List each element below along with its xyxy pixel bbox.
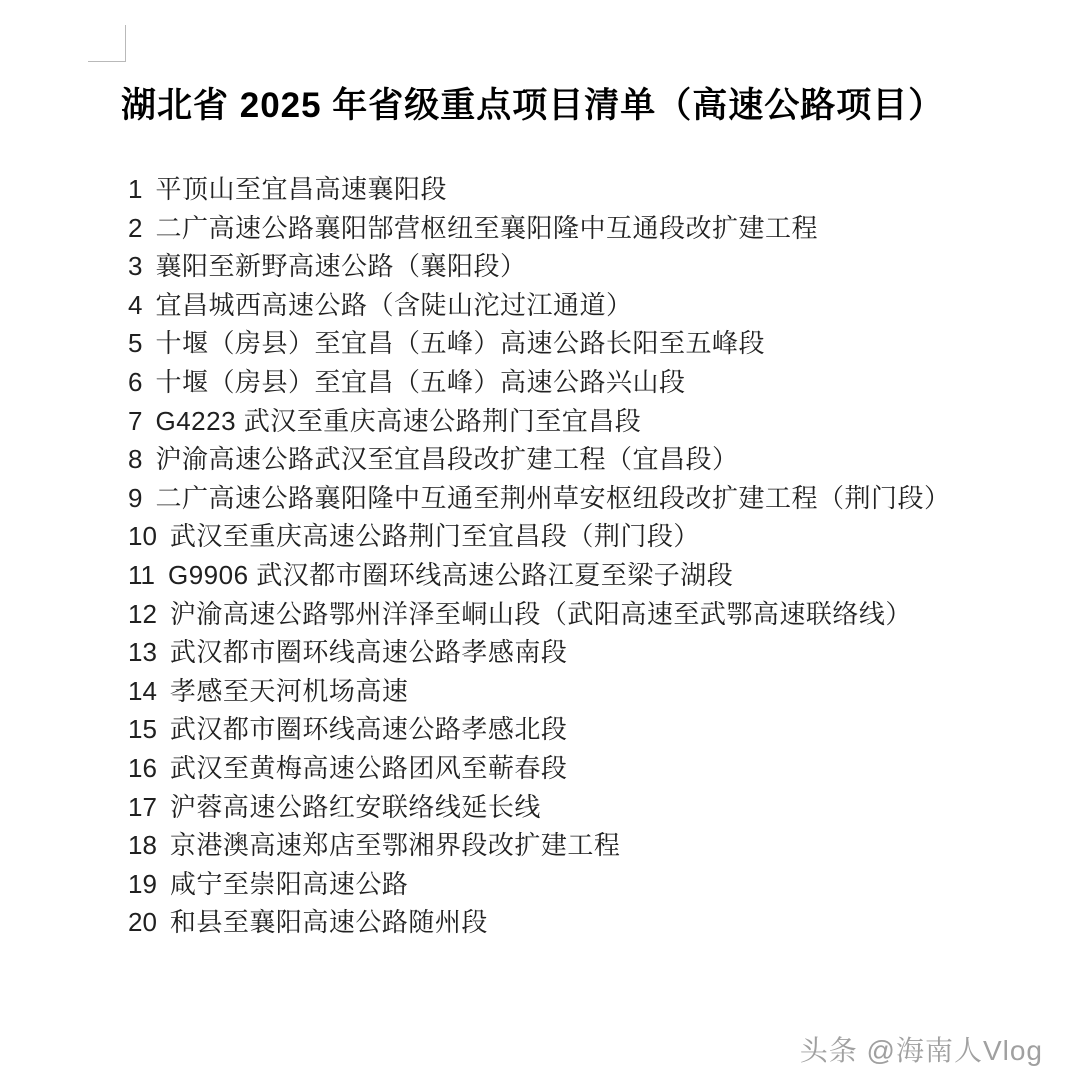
- list-item: 18京港澳高速郑店至鄂湘界段改扩建工程: [128, 826, 1008, 865]
- list-item: 17沪蓉高速公路红安联络线延长线: [128, 788, 1008, 827]
- page-title: 湖北省 2025 年省级重点项目清单（高速公路项目）: [121, 78, 981, 128]
- item-text: 十堰（房县）至宜昌（五峰）高速公路兴山段: [155, 367, 685, 397]
- item-text: 孝感至天河机场高速: [170, 676, 409, 706]
- item-text: 平顶山至宜昌高速襄阳段: [155, 174, 447, 204]
- item-text: G9906 武汉都市圈环线高速公路江夏至梁子湖段: [168, 560, 733, 590]
- watermark: 头条 @海南人Vlog: [800, 1029, 1043, 1069]
- item-text: 武汉都市圈环线高速公路孝感北段: [170, 714, 568, 744]
- document-page: 湖北省 2025 年省级重点项目清单（高速公路项目） 1平顶山至宜昌高速襄阳段2…: [0, 0, 1067, 1085]
- item-number: 10: [128, 517, 157, 556]
- item-text: 宜昌城西高速公路（含陡山沱过江通道）: [155, 290, 632, 320]
- item-text: 二广高速公路襄阳隆中互通至荆州草安枢纽段改扩建工程（荆门段）: [155, 483, 950, 513]
- page-margin-corner-mark: [88, 25, 126, 62]
- list-item: 20和县至襄阳高速公路随州段: [128, 903, 1008, 942]
- item-number: 20: [128, 903, 157, 942]
- list-item: 12沪渝高速公路鄂州洋泽至峒山段（武阳高速至武鄂高速联络线）: [128, 595, 1008, 634]
- list-item: 14孝感至天河机场高速: [128, 672, 1008, 711]
- item-number: 6: [128, 363, 142, 402]
- item-text: G4223 武汉至重庆高速公路荆门至宜昌段: [155, 406, 641, 436]
- list-item: 1平顶山至宜昌高速襄阳段: [128, 170, 1008, 209]
- item-number: 19: [128, 865, 157, 904]
- item-number: 3: [128, 247, 142, 286]
- item-text: 沪渝高速公路鄂州洋泽至峒山段（武阳高速至武鄂高速联络线）: [170, 599, 912, 629]
- list-item: 6十堰（房县）至宜昌（五峰）高速公路兴山段: [128, 363, 1008, 402]
- item-number: 7: [128, 402, 142, 441]
- list-item: 3襄阳至新野高速公路（襄阳段）: [128, 247, 1008, 286]
- item-number: 8: [128, 440, 142, 479]
- item-text: 武汉至重庆高速公路荆门至宜昌段（荆门段）: [170, 521, 700, 551]
- list-item: 5十堰（房县）至宜昌（五峰）高速公路长阳至五峰段: [128, 324, 1008, 363]
- list-item: 19咸宁至崇阳高速公路: [128, 865, 1008, 904]
- item-number: 9: [128, 479, 142, 518]
- list-item: 10武汉至重庆高速公路荆门至宜昌段（荆门段）: [128, 517, 1008, 556]
- item-number: 16: [128, 749, 157, 788]
- item-number: 12: [128, 595, 157, 634]
- project-list: 1平顶山至宜昌高速襄阳段2二广高速公路襄阳郜营枢纽至襄阳隆中互通段改扩建工程3襄…: [128, 170, 1008, 942]
- item-text: 二广高速公路襄阳郜营枢纽至襄阳隆中互通段改扩建工程: [155, 213, 818, 243]
- list-item: 7G4223 武汉至重庆高速公路荆门至宜昌段: [128, 402, 1008, 441]
- item-number: 11: [128, 556, 155, 595]
- list-item: 13武汉都市圈环线高速公路孝感南段: [128, 633, 1008, 672]
- list-item: 2二广高速公路襄阳郜营枢纽至襄阳隆中互通段改扩建工程: [128, 209, 1008, 248]
- item-text: 京港澳高速郑店至鄂湘界段改扩建工程: [170, 830, 621, 860]
- item-number: 2: [128, 209, 142, 248]
- item-text: 武汉至黄梅高速公路团风至蕲春段: [170, 753, 568, 783]
- list-item: 4宜昌城西高速公路（含陡山沱过江通道）: [128, 286, 1008, 325]
- item-text: 和县至襄阳高速公路随州段: [170, 907, 488, 937]
- list-item: 11G9906 武汉都市圈环线高速公路江夏至梁子湖段: [128, 556, 1008, 595]
- item-number: 5: [128, 324, 142, 363]
- item-text: 武汉都市圈环线高速公路孝感南段: [170, 637, 568, 667]
- item-number: 15: [128, 710, 157, 749]
- item-number: 18: [128, 826, 157, 865]
- list-item: 9二广高速公路襄阳隆中互通至荆州草安枢纽段改扩建工程（荆门段）: [128, 479, 1008, 518]
- list-item: 16武汉至黄梅高速公路团风至蕲春段: [128, 749, 1008, 788]
- item-text: 襄阳至新野高速公路（襄阳段）: [155, 251, 526, 281]
- item-number: 4: [128, 286, 142, 325]
- item-number: 14: [128, 672, 157, 711]
- item-number: 13: [128, 633, 157, 672]
- item-text: 沪渝高速公路武汉至宜昌段改扩建工程（宜昌段）: [155, 444, 738, 474]
- item-number: 17: [128, 788, 157, 827]
- list-item: 15武汉都市圈环线高速公路孝感北段: [128, 710, 1008, 749]
- item-text: 沪蓉高速公路红安联络线延长线: [170, 792, 541, 822]
- item-number: 1: [128, 170, 142, 209]
- list-item: 8沪渝高速公路武汉至宜昌段改扩建工程（宜昌段）: [128, 440, 1008, 479]
- item-text: 咸宁至崇阳高速公路: [170, 869, 409, 899]
- item-text: 十堰（房县）至宜昌（五峰）高速公路长阳至五峰段: [155, 328, 765, 358]
